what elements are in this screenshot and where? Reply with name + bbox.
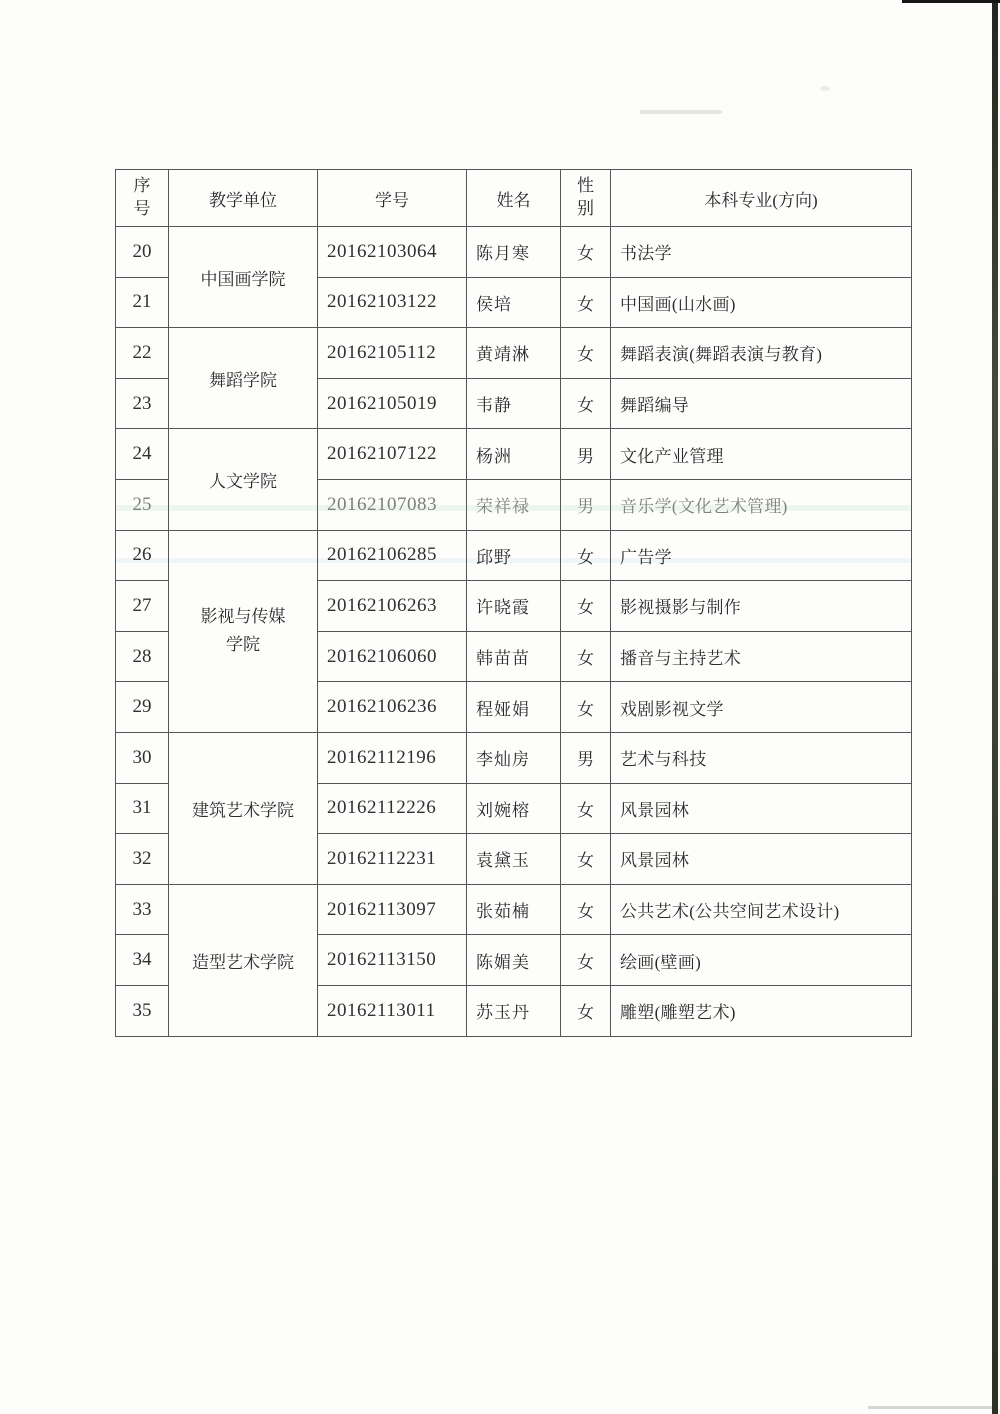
serial-cell: 24 <box>116 429 169 480</box>
student-id-cell: 20162113150 <box>318 935 467 986</box>
major-cell: 广告学 <box>611 530 912 581</box>
serial-cell: 27 <box>116 581 169 632</box>
serial-cell: 28 <box>116 631 169 682</box>
student-id-cell: 20162113097 <box>318 884 467 935</box>
scan-edge-top <box>902 0 1000 3</box>
major-cell: 影视摄影与制作 <box>611 581 912 632</box>
name-cell: 袁黛玉 <box>467 834 561 885</box>
header-unit-label: 教学单位 <box>209 191 277 210</box>
unit-cell: 中国画学院 <box>169 227 318 328</box>
header-student-id-label: 学号 <box>375 191 409 210</box>
unit-label: 建筑艺术学院 <box>192 796 294 821</box>
name-cell: 陈媚美 <box>467 935 561 986</box>
scan-edge-right <box>992 0 998 1414</box>
name-cell: 韦静 <box>467 378 561 429</box>
header-gender-label: 性别 <box>576 175 596 221</box>
gender-cell: 女 <box>561 884 611 935</box>
gender-cell: 女 <box>561 328 611 379</box>
major-cell: 风景园林 <box>611 834 912 885</box>
student-id-cell: 20162112231 <box>318 834 467 885</box>
name-cell: 苏玉丹 <box>467 985 561 1036</box>
gender-cell: 女 <box>561 581 611 632</box>
table-row: 24人文学院20162107122杨洲男文化产业管理 <box>116 429 912 480</box>
name-cell: 韩苗苗 <box>467 631 561 682</box>
scan-line-bottom <box>868 1406 992 1409</box>
student-id-cell: 20162107083 <box>318 479 467 530</box>
student-id-cell: 20162103122 <box>318 277 467 328</box>
major-cell: 戏剧影视文学 <box>611 682 912 733</box>
name-cell: 许晓霞 <box>467 581 561 632</box>
student-id-cell: 20162105019 <box>318 378 467 429</box>
header-student-id: 学号 <box>318 170 467 227</box>
serial-cell: 30 <box>116 732 169 783</box>
serial-cell: 23 <box>116 378 169 429</box>
name-cell: 刘婉榕 <box>467 783 561 834</box>
scan-smudge <box>640 110 722 114</box>
unit-label: 影视与传媒学院 <box>198 603 288 659</box>
unit-label: 中国画学院 <box>201 265 286 290</box>
gender-cell: 女 <box>561 935 611 986</box>
gender-cell: 女 <box>561 227 611 278</box>
header-name-label: 姓名 <box>497 191 531 210</box>
major-cell: 艺术与科技 <box>611 732 912 783</box>
major-cell: 音乐学(文化艺术管理) <box>611 479 912 530</box>
table-row: 22舞蹈学院20162105112黄靖淋女舞蹈表演(舞蹈表演与教育) <box>116 328 912 379</box>
name-cell: 荣祥禄 <box>467 479 561 530</box>
serial-cell: 34 <box>116 935 169 986</box>
student-roster: 序号 教学单位 学号 姓名 性别 本科专业(方向) 20中国画学院2016210… <box>115 169 912 1037</box>
unit-label: 舞蹈学院 <box>209 366 277 391</box>
name-cell: 李灿房 <box>467 732 561 783</box>
major-cell: 风景园林 <box>611 783 912 834</box>
student-id-cell: 20162107122 <box>318 429 467 480</box>
name-cell: 侯培 <box>467 277 561 328</box>
table-row: 30建筑艺术学院20162112196李灿房男艺术与科技 <box>116 732 912 783</box>
student-roster-table: 序号 教学单位 学号 姓名 性别 本科专业(方向) 20中国画学院2016210… <box>115 169 912 1037</box>
student-id-cell: 20162106285 <box>318 530 467 581</box>
table-row: 20中国画学院20162103064陈月寒女书法学 <box>116 227 912 278</box>
gender-cell: 男 <box>561 732 611 783</box>
gender-cell: 女 <box>561 530 611 581</box>
gender-cell: 女 <box>561 783 611 834</box>
header-major-label: 本科专业(方向) <box>704 191 817 210</box>
table-row: 26影视与传媒学院20162106285邱野女广告学 <box>116 530 912 581</box>
student-id-cell: 20162113011 <box>318 985 467 1036</box>
gender-cell: 女 <box>561 985 611 1036</box>
gender-cell: 女 <box>561 378 611 429</box>
scanned-page: { "table": { "headers": [ {"label": "序号"… <box>0 0 1000 1414</box>
header-name: 姓名 <box>467 170 561 227</box>
unit-cell: 舞蹈学院 <box>169 328 318 429</box>
major-cell: 舞蹈编导 <box>611 378 912 429</box>
major-cell: 播音与主持艺术 <box>611 631 912 682</box>
major-cell: 绘画(壁画) <box>611 935 912 986</box>
gender-cell: 女 <box>561 834 611 885</box>
header-gender: 性别 <box>561 170 611 227</box>
header-unit: 教学单位 <box>169 170 318 227</box>
major-cell: 舞蹈表演(舞蹈表演与教育) <box>611 328 912 379</box>
header-major: 本科专业(方向) <box>611 170 912 227</box>
major-cell: 书法学 <box>611 227 912 278</box>
unit-cell: 建筑艺术学院 <box>169 732 318 884</box>
name-cell: 陈月寒 <box>467 227 561 278</box>
serial-cell: 25 <box>116 479 169 530</box>
table-row: 33造型艺术学院20162113097张茹楠女公共艺术(公共空间艺术设计) <box>116 884 912 935</box>
student-id-cell: 20162112196 <box>318 732 467 783</box>
serial-cell: 32 <box>116 834 169 885</box>
student-id-cell: 20162103064 <box>318 227 467 278</box>
gender-cell: 男 <box>561 479 611 530</box>
major-cell: 公共艺术(公共空间艺术设计) <box>611 884 912 935</box>
student-id-cell: 20162106263 <box>318 581 467 632</box>
unit-cell: 造型艺术学院 <box>169 884 318 1036</box>
serial-cell: 31 <box>116 783 169 834</box>
roster-body: 20中国画学院20162103064陈月寒女书法学2120162103122侯培… <box>116 227 912 1037</box>
student-id-cell: 20162112226 <box>318 783 467 834</box>
major-cell: 文化产业管理 <box>611 429 912 480</box>
serial-cell: 33 <box>116 884 169 935</box>
serial-cell: 20 <box>116 227 169 278</box>
unit-cell: 影视与传媒学院 <box>169 530 318 732</box>
gender-cell: 男 <box>561 429 611 480</box>
name-cell: 邱野 <box>467 530 561 581</box>
header-row: 序号 教学单位 学号 姓名 性别 本科专业(方向) <box>116 170 912 227</box>
student-id-cell: 20162106060 <box>318 631 467 682</box>
scan-smudge <box>820 86 830 91</box>
unit-label: 造型艺术学院 <box>192 948 294 973</box>
serial-cell: 26 <box>116 530 169 581</box>
serial-cell: 21 <box>116 277 169 328</box>
gender-cell: 女 <box>561 682 611 733</box>
name-cell: 张茹楠 <box>467 884 561 935</box>
student-id-cell: 20162105112 <box>318 328 467 379</box>
name-cell: 黄靖淋 <box>467 328 561 379</box>
serial-cell: 29 <box>116 682 169 733</box>
unit-label: 人文学院 <box>209 467 277 492</box>
name-cell: 杨洲 <box>467 429 561 480</box>
major-cell: 中国画(山水画) <box>611 277 912 328</box>
major-cell: 雕塑(雕塑艺术) <box>611 985 912 1036</box>
gender-cell: 女 <box>561 277 611 328</box>
unit-cell: 人文学院 <box>169 429 318 530</box>
name-cell: 程娅娟 <box>467 682 561 733</box>
gender-cell: 女 <box>561 631 611 682</box>
serial-cell: 22 <box>116 328 169 379</box>
student-id-cell: 20162106236 <box>318 682 467 733</box>
header-serial: 序号 <box>116 170 169 227</box>
serial-cell: 35 <box>116 985 169 1036</box>
header-serial-label: 序号 <box>132 175 152 221</box>
